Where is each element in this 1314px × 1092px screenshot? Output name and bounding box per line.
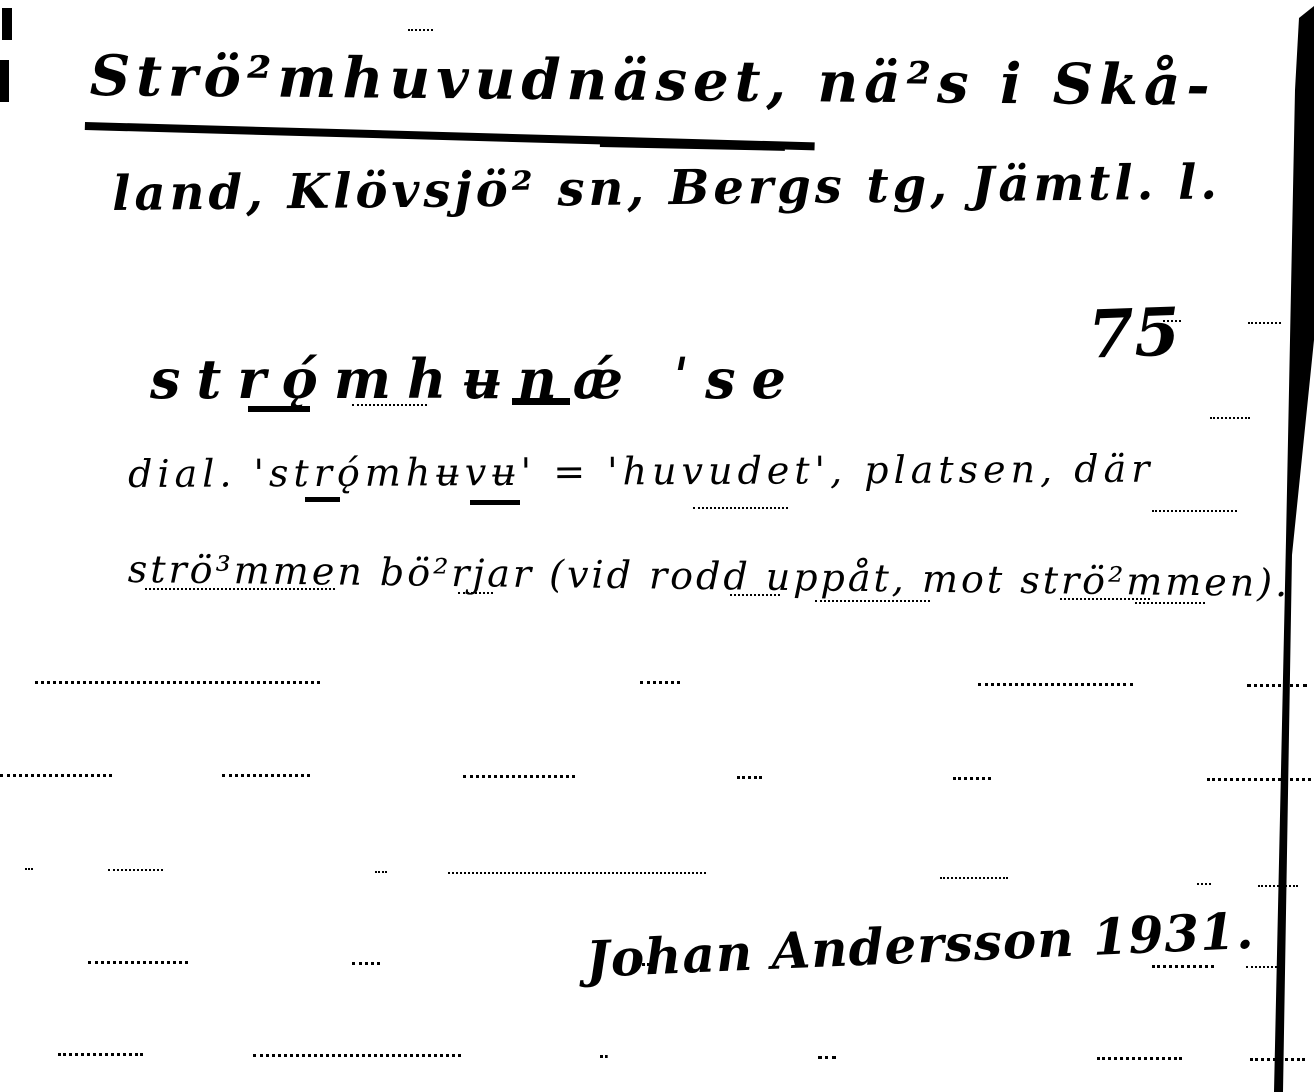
phonetic-length-mark (512, 398, 570, 405)
phonetic-length-mark (248, 406, 310, 412)
scan-artifact (1248, 322, 1281, 324)
phonetic-form: strǫ́mhʉnǽ ˈse (150, 352, 802, 406)
scan-artifact-line (375, 871, 387, 873)
scan-artifact-line (1152, 965, 1214, 968)
scan-artifact-line (953, 777, 991, 780)
phonetic-dotted-mark (352, 404, 427, 406)
phonetic-length-mark (470, 500, 520, 505)
scan-artifact-line (818, 1056, 836, 1059)
scan-artifact-line (88, 961, 188, 964)
scan-artifact-line (448, 872, 706, 874)
archive-card: Strö²mhuvudnäset, nä²s i Skå- land, Klöv… (0, 0, 1314, 1092)
scan-artifact-line (978, 683, 1133, 686)
dialect-note-line1: dial. 'strǫ́mhʉvʉ' = 'huvudet', platsen,… (128, 450, 1154, 493)
scan-artifact-line (1250, 1058, 1305, 1061)
scan-artifact-line (352, 962, 380, 965)
scan-artifact-line (0, 774, 112, 777)
scan-artifact-line (35, 681, 320, 684)
headword: Strö²mhuvudnäset (89, 43, 766, 115)
archive-number: 75 (1087, 298, 1181, 367)
scan-artifact (1060, 598, 1150, 600)
scan-artifact-line (108, 869, 163, 871)
scan-artifact (408, 29, 433, 31)
title-line2: land, Klövsjö² sn, Bergs tg, Jämtl. l. (112, 158, 1221, 218)
scan-artifact-line (58, 1053, 143, 1056)
scan-artifact-line (25, 868, 33, 870)
scan-artifact-line (253, 1054, 461, 1057)
scan-artifact (1210, 417, 1250, 419)
scan-artifact-line (1207, 778, 1314, 781)
phonetic-length-mark (305, 497, 340, 502)
scan-artifact-line (1258, 885, 1298, 887)
scan-artifact (458, 592, 493, 594)
scan-artifact-line (640, 681, 680, 684)
scan-artifact-line (1097, 1057, 1182, 1060)
scan-artifact-line (463, 775, 575, 778)
scan-artifact-line (940, 877, 1008, 879)
scan-artifact (145, 588, 335, 590)
scan-artifact-line (1246, 966, 1281, 968)
scan-artifact-line (1247, 684, 1307, 687)
scan-artifact-line (222, 774, 310, 777)
scan-artifact (693, 507, 788, 509)
scan-artifact-line (1197, 883, 1211, 885)
scan-artifact (815, 600, 930, 602)
scan-artifact (1163, 320, 1181, 322)
scan-artifact (730, 594, 780, 596)
title-rest: , nä²s i Skå- (766, 49, 1216, 119)
scan-artifact-line (600, 1055, 608, 1058)
title-line: Strö²mhuvudnäset, nä²s i Skå- (90, 48, 1216, 114)
scan-artifact (1152, 510, 1237, 512)
scan-artifact-line (737, 776, 762, 779)
scan-artifact (1135, 602, 1205, 604)
